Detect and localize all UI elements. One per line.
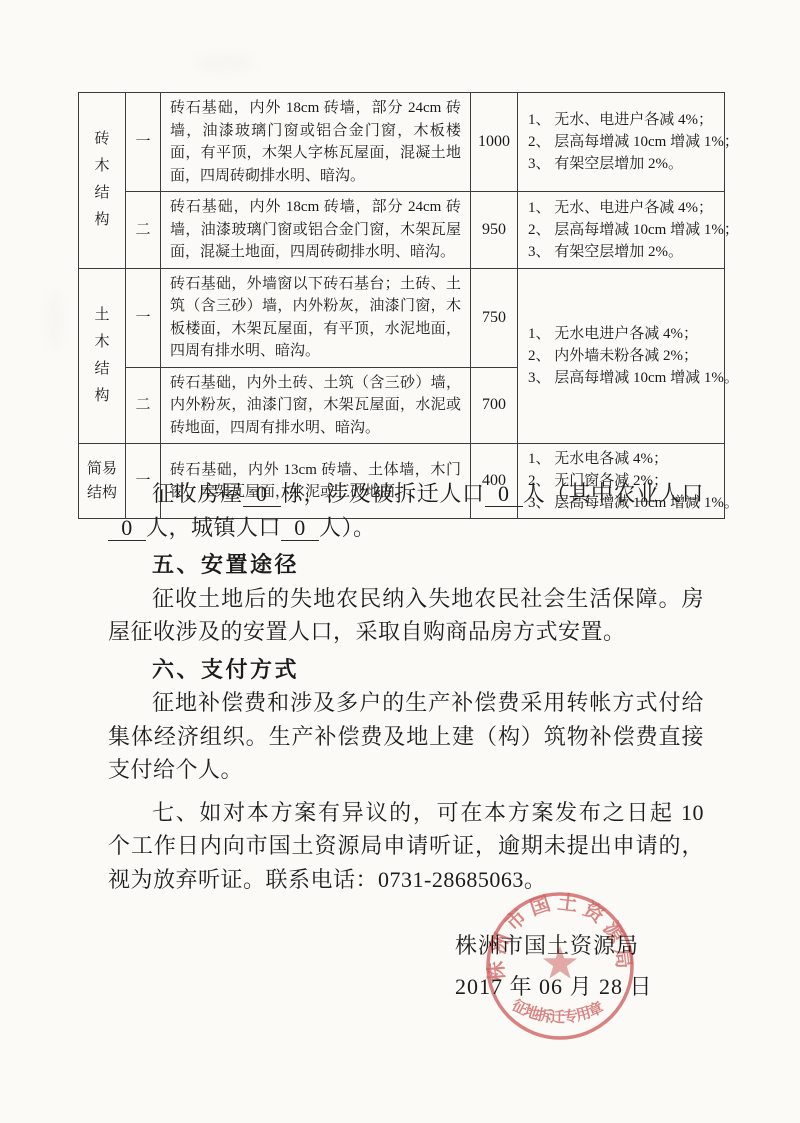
paragraph-housing-counts: 征收房屋0栋，涉及被拆迁人口0人（其中农业人口0人，城镇人口0人）。: [108, 477, 704, 544]
text-run: 征收房屋: [152, 481, 243, 506]
remark-line: 2、 层高每增减 10cm 增减 1%；: [528, 219, 720, 241]
table-row: 土木结构 一 砖石基础，外墙窗以下砖石基台；土砖、土筑（含三砂）墙，内外粉灰，油…: [79, 268, 725, 367]
structure-type-label: 砖木结构: [94, 126, 111, 234]
document-page: 砖木结构 一 砖石基础，内外 18cm 砖墙，部分 24cm 砖墙，油漆玻璃门窗…: [0, 0, 800, 1123]
paragraph-section-7: 七、如对本方案有异议的，可在本方案发布之日起 10 个工作日内向市国土资源局申请…: [108, 796, 704, 897]
grade-cell: 一: [126, 93, 161, 192]
table-row: 二 砖石基础，内外 18cm 砖墙，部分 24cm 砖墙，油漆玻璃门窗或铝合金门…: [79, 192, 725, 269]
structure-type-cell: 土木结构: [79, 268, 126, 444]
remark-line: 2、 内外墙未粉各减 2%；: [528, 345, 720, 367]
grade-cell: 二: [126, 192, 161, 269]
price-cell: 950: [471, 192, 518, 269]
scan-smudge: [48, 290, 62, 350]
blank-value: 0: [243, 483, 281, 507]
signature-date: 2017 年 06 月 28 日: [455, 972, 653, 1002]
remark-line: 1、 无水、电进户各减 4%；: [528, 197, 720, 219]
remark-line: 1、 无水电进户各减 4%；: [528, 323, 720, 345]
section-heading-5: 五、安置途径: [108, 548, 704, 582]
structure-type-label: 土木结构: [94, 302, 111, 410]
document-body: 征收房屋0栋，涉及被拆迁人口0人（其中农业人口0人，城镇人口0人）。 五、安置途…: [108, 477, 704, 896]
remark-line: 3、 有架空层增加 2%。: [528, 241, 720, 263]
scan-smudge: [195, 55, 255, 71]
remark-line: 2、 层高每增减 10cm 增减 1%；: [528, 131, 720, 153]
signature-block: 株洲市国土资源局 2017 年 06 月 28 日: [455, 931, 653, 1002]
table-row: 砖木结构 一 砖石基础，内外 18cm 砖墙，部分 24cm 砖墙，油漆玻璃门窗…: [79, 93, 725, 192]
remarks-cell: 1、 无水、电进户各减 4%； 2、 层高每增减 10cm 增减 1%； 3、 …: [518, 192, 725, 269]
remarks-cell: 1、 无水、电进户各减 4%； 2、 层高每增减 10cm 增减 1%； 3、 …: [518, 93, 725, 192]
remark-line: 1、 无水、电进户各减 4%；: [528, 109, 720, 131]
description-cell: 砖石基础，内外 18cm 砖墙，部分 24cm 砖墙，油漆玻璃门窗或铝合金门窗，…: [161, 192, 471, 269]
blank-value: 0: [108, 517, 146, 541]
signature-org: 株洲市国土资源局: [455, 931, 653, 961]
grade-cell: 一: [126, 268, 161, 367]
compensation-table: 砖木结构 一 砖石基础，内外 18cm 砖墙，部分 24cm 砖墙，油漆玻璃门窗…: [78, 92, 725, 519]
price-cell: 1000: [471, 93, 518, 192]
paragraph-section-6: 征地补偿费和涉及多户的生产补偿费采用转帐方式付给集体经济组织。生产补偿费及地上建…: [108, 686, 704, 787]
section-heading-6: 六、支付方式: [108, 653, 704, 687]
remark-line: 3、 层高每增减 10cm 增减 1%。: [528, 367, 720, 389]
price-cell: 750: [471, 268, 518, 367]
blank-value: 0: [281, 517, 319, 541]
blank-value: 0: [485, 483, 523, 507]
text-run: 人）。: [319, 515, 376, 540]
remarks-cell: 1、 无水电进户各减 4%； 2、 内外墙未粉各减 2%； 3、 层高每增减 1…: [518, 268, 725, 444]
description-cell: 砖石基础，内外 18cm 砖墙，部分 24cm 砖墙，油漆玻璃门窗或铝合金门窗，…: [161, 93, 471, 192]
grade-cell: 二: [126, 367, 161, 444]
text-run: 栋，涉及被拆迁人口: [281, 481, 485, 506]
description-cell: 砖石基础，内外土砖、土筑（含三砂）墙，内外粉灰，油漆门窗，木架瓦屋面，水泥或砖地…: [161, 367, 471, 444]
price-cell: 700: [471, 367, 518, 444]
text-run: 人，城镇人口: [146, 515, 281, 540]
remark-line: 3、 有架空层增加 2%。: [528, 153, 720, 175]
structure-type-cell: 砖木结构: [79, 93, 126, 269]
remark-line: 1、 无水电各减 4%；: [528, 448, 720, 470]
paragraph-section-5: 征收土地后的失地农民纳入失地农民社会生活保障。房屋征收涉及的安置人口，采取自购商…: [108, 582, 704, 649]
description-cell: 砖石基础，外墙窗以下砖石基台；土砖、土筑（含三砂）墙，内外粉灰，油漆门窗，木板楼…: [161, 268, 471, 367]
text-run: 人（其中农业人口: [523, 481, 704, 506]
